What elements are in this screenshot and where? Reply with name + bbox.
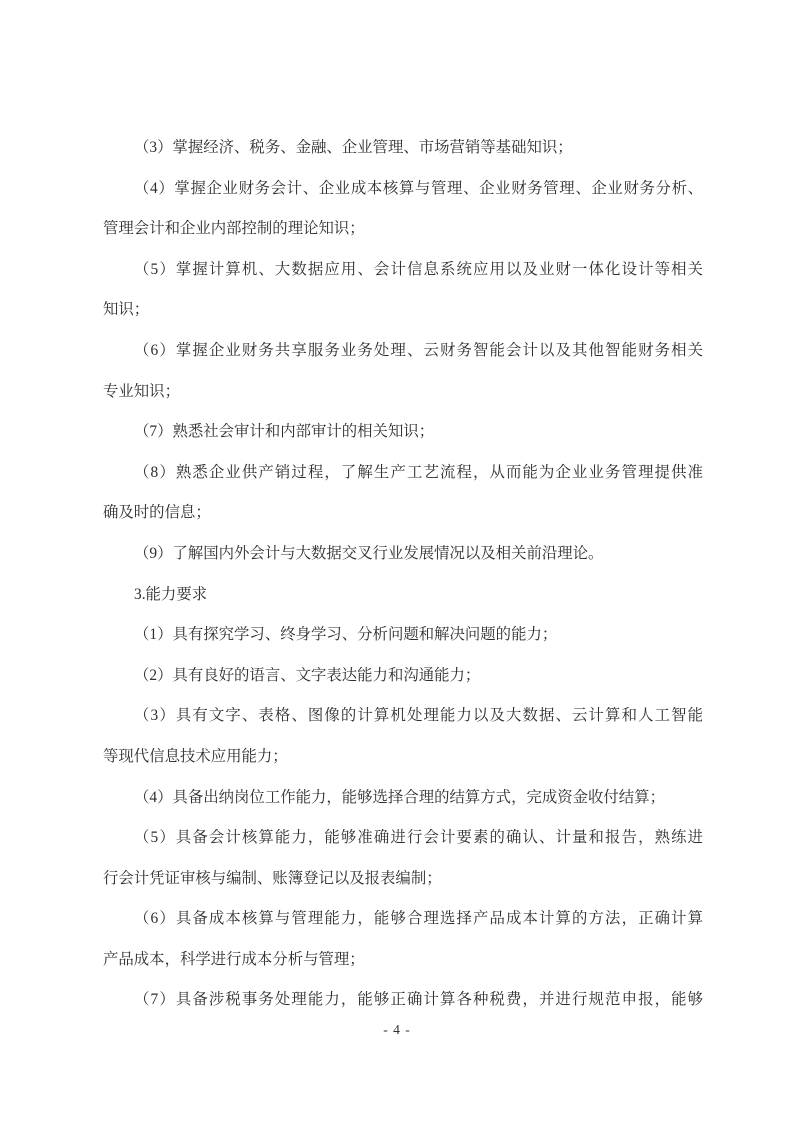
doc-line: 产品成本，科学进行成本分析与管理； (103, 940, 703, 981)
doc-line: （5）掌握计算机、大数据应用、会计信息系统应用以及业财一体化设计等相关 (103, 250, 703, 291)
doc-line: （9）了解国内外会计与大数据交叉行业发展情况以及相关前沿理论。 (103, 534, 703, 575)
doc-line: （3）掌握经济、税务、金融、企业管理、市场营销等基础知识； (103, 128, 703, 169)
doc-line: （4）掌握企业财务会计、企业成本核算与管理、企业财务管理、企业财务分析、 (103, 169, 703, 210)
doc-line: （3）具有文字、表格、图像的计算机处理能力以及大数据、云计算和人工智能 (103, 696, 703, 737)
document-page: （3）掌握经济、税务、金融、企业管理、市场营销等基础知识； （4）掌握企业财务会… (0, 0, 794, 1123)
doc-line: （7）熟悉社会审计和内部审计的相关知识； (103, 412, 703, 453)
document-body: （3）掌握经济、税务、金融、企业管理、市场营销等基础知识； （4）掌握企业财务会… (103, 128, 703, 1021)
page-number: - 4 - (0, 1016, 794, 1044)
doc-section-heading: 3.能力要求 (103, 575, 703, 616)
doc-line: （6）掌握企业财务共享服务业务处理、云财务智能会计以及其他智能财务相关 (103, 331, 703, 372)
doc-line: （1）具有探究学习、终身学习、分析问题和解决问题的能力； (103, 615, 703, 656)
doc-line: （2）具有良好的语言、文字表达能力和沟通能力； (103, 656, 703, 697)
doc-line: （8）熟悉企业供产销过程，了解生产工艺流程，从而能为企业业务管理提供准 (103, 453, 703, 494)
doc-line: 确及时的信息； (103, 493, 703, 534)
doc-line: 专业知识； (103, 372, 703, 413)
doc-line: 知识； (103, 290, 703, 331)
doc-line: 等现代信息技术应用能力； (103, 737, 703, 778)
doc-line: （4）具备出纳岗位工作能力，能够选择合理的结算方式，完成资金收付结算； (103, 778, 703, 819)
doc-line: 行会计凭证审核与编制、账簿登记以及报表编制； (103, 859, 703, 900)
doc-line: （5）具备会计核算能力，能够准确进行会计要素的确认、计量和报告，熟练进 (103, 818, 703, 859)
doc-line: （6）具备成本核算与管理能力，能够合理选择产品成本计算的方法，正确计算 (103, 899, 703, 940)
doc-line: 管理会计和企业内部控制的理论知识； (103, 209, 703, 250)
doc-line: （7）具备涉税事务处理能力，能够正确计算各种税费，并进行规范申报，能够 (103, 980, 703, 1021)
